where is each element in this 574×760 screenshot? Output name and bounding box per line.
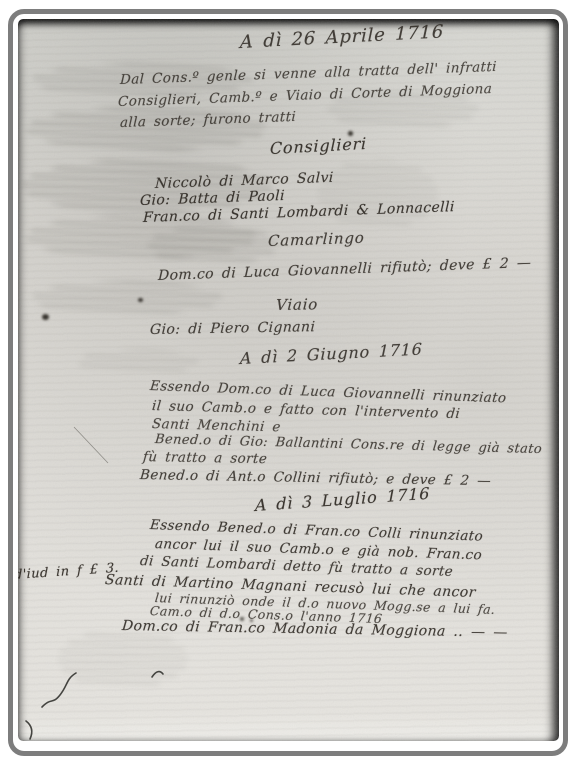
- pen-flourishes: [18, 19, 559, 741]
- manuscript-scan-viewer: A dì 26 Aprile 1716 Dal Cons.º genle si …: [0, 0, 574, 760]
- manuscript-page: A dì 26 Aprile 1716 Dal Cons.º genle si …: [18, 19, 559, 741]
